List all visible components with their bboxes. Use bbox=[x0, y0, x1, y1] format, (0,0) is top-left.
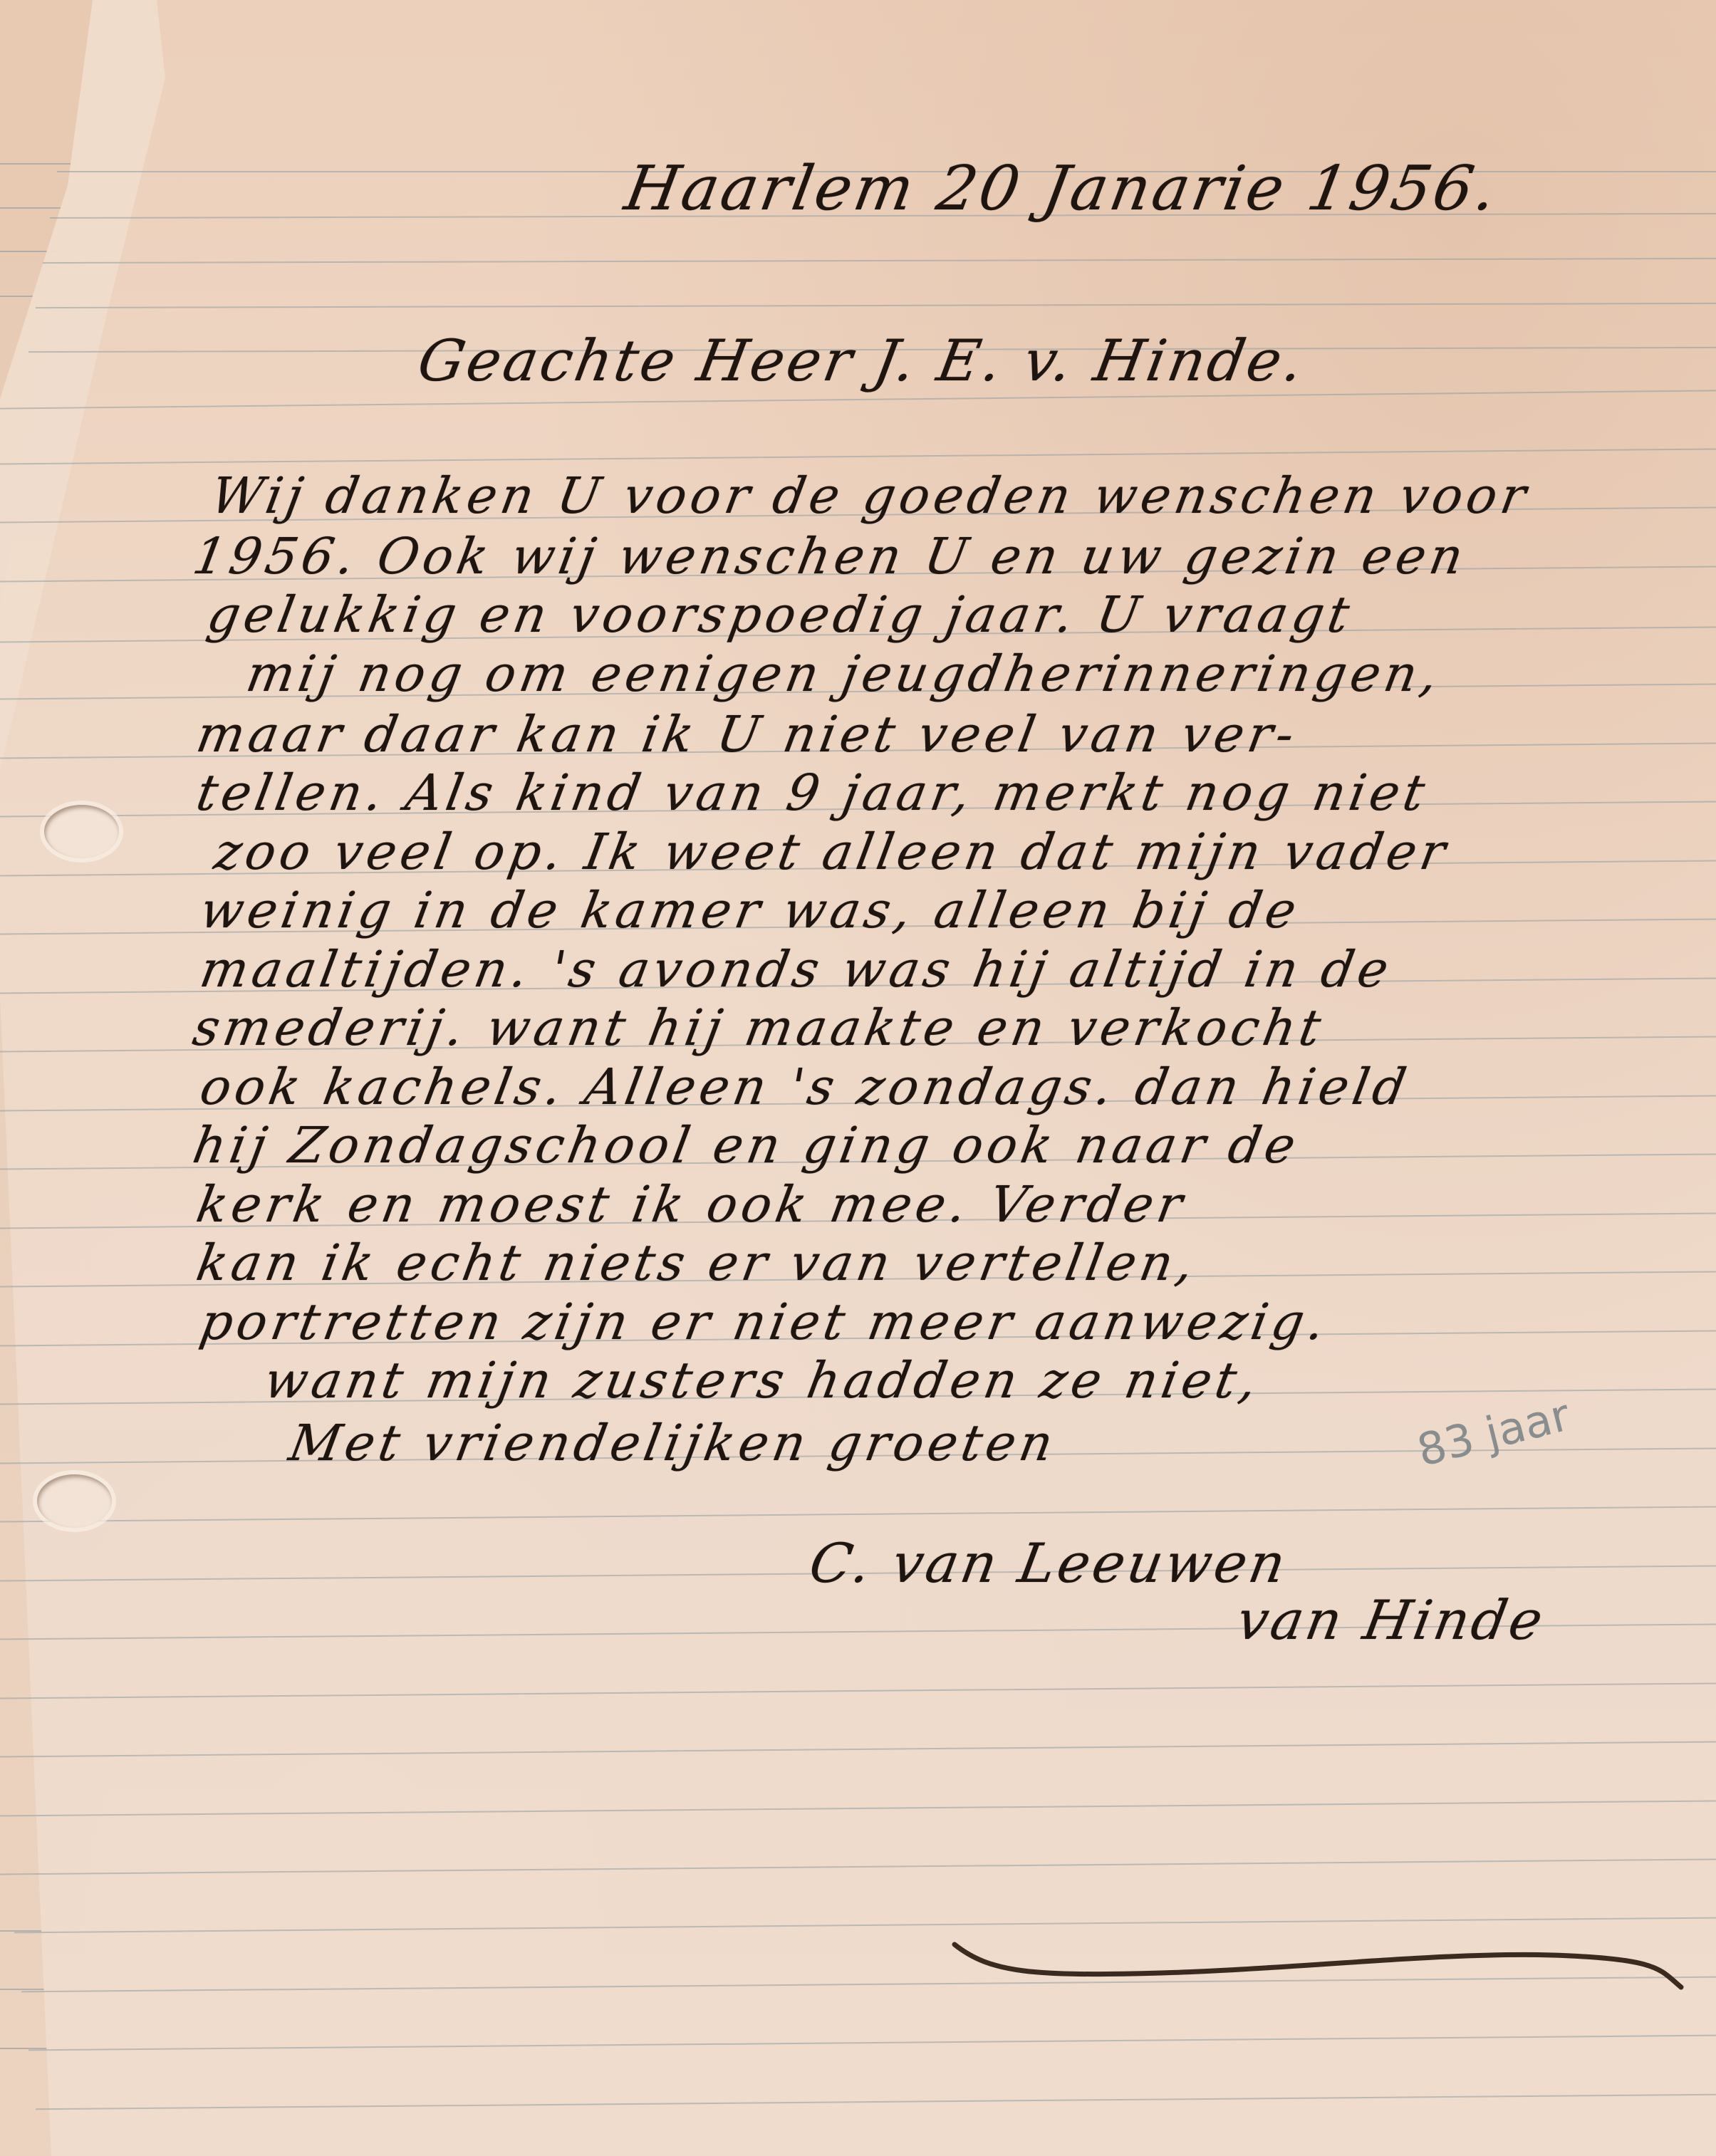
body-line: gelukkig en voorspoedig jaar. U vraagt bbox=[203, 585, 1358, 644]
body-line: weinig in de kamer was, alleen bij de bbox=[196, 881, 1305, 939]
body-line: kan ik echt niets er van vertellen, bbox=[192, 1234, 1202, 1292]
body-line: tellen. Als kind van 9 jaar, merkt nog n… bbox=[192, 764, 1433, 822]
body-line: zoo veel op. Ik weet alleen dat mijn vad… bbox=[210, 823, 1454, 881]
body-line: maaltijden. 's avonds was hij altijd in … bbox=[196, 940, 1397, 999]
body-line: kerk en moest ik ook mee. Verder bbox=[192, 1175, 1191, 1234]
body-line: 1956. Ook wij wenschen U en uw gezin een bbox=[189, 527, 1472, 585]
punch-hole bbox=[44, 805, 119, 858]
body-line: hij Zondagschool en ging ook naar de bbox=[189, 1116, 1304, 1175]
body-line: portretten zijn er niet meer aanwezig. bbox=[196, 1293, 1333, 1351]
body-line: smederij. want hij maakte en verkocht bbox=[189, 999, 1329, 1057]
signature-flourish bbox=[947, 1937, 1688, 1994]
signature-line-1: C. van Leeuwen bbox=[805, 1531, 1293, 1595]
body-line: want mijn zusters hadden ze niet, bbox=[260, 1351, 1265, 1410]
closing: Met vriendelijken groeten bbox=[285, 1414, 1061, 1472]
salutation: Geachte Heer J. E. v. Hinde. bbox=[413, 328, 1311, 394]
body-line: Wij danken U voor de goeden wenschen voo… bbox=[207, 467, 1534, 525]
body-line: mij nog om eenigen jeugdherinneringen, bbox=[242, 645, 1446, 703]
body-line: maar daar kan ik U niet veel van ver- bbox=[192, 705, 1303, 764]
body-line: ook kachels. Alleen 's zondags. dan hiel… bbox=[196, 1058, 1415, 1116]
signature-line-2: van Hinde bbox=[1232, 1588, 1550, 1652]
punch-hole bbox=[37, 1474, 112, 1528]
place-date: Haarlem 20 Janarie 1956. bbox=[620, 153, 1504, 224]
